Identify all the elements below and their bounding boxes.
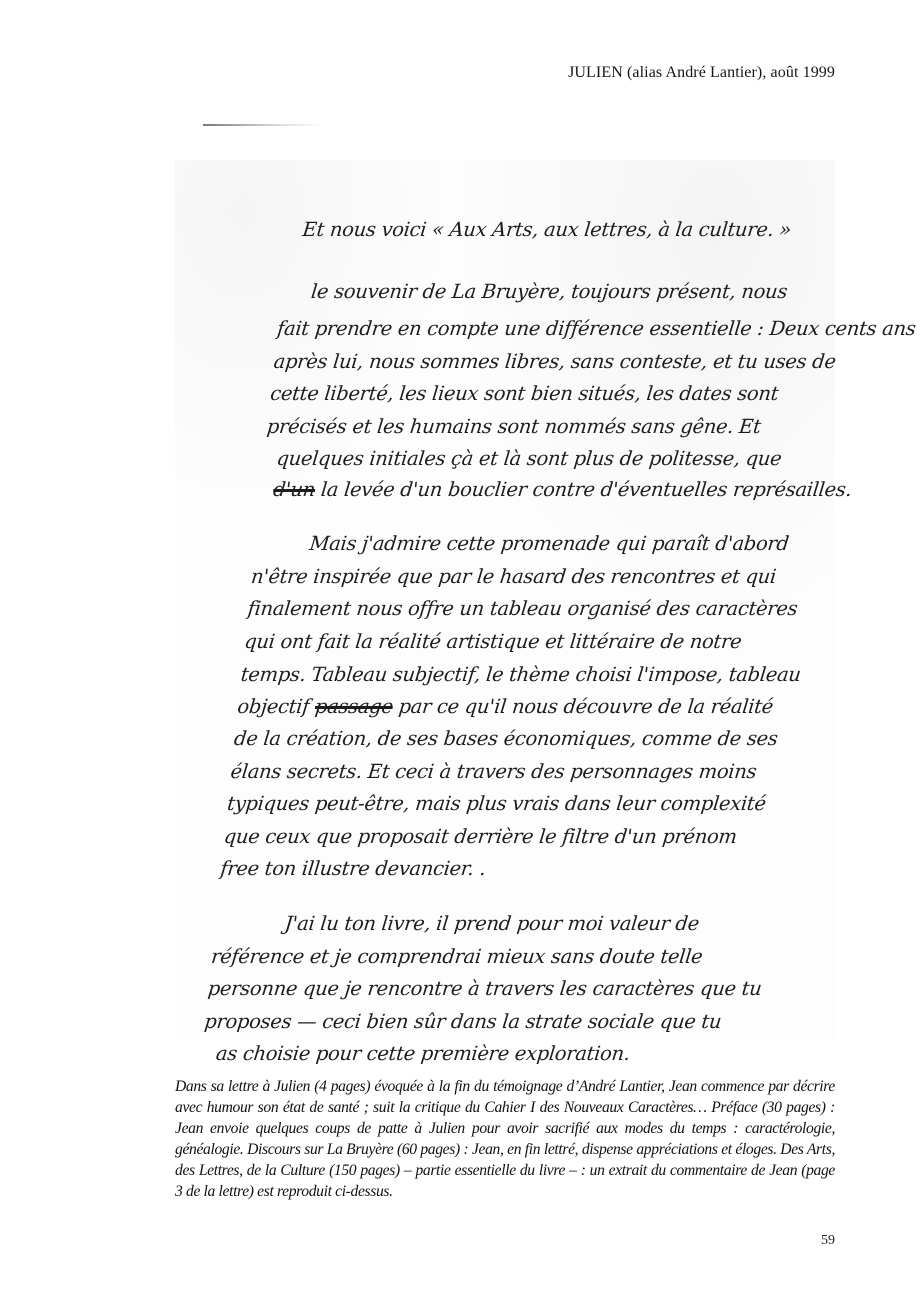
handwritten-line: le souvenir de La Bruyère, toujours prés… [310,280,788,303]
handwritten-line: quelques initiales çà et là sont plus de… [275,447,782,470]
running-header: JULIEN (alias André Lantier), août 1999 [568,64,835,82]
handwritten-line: temps. Tableau subjectif, le thème chois… [240,663,802,686]
handwritten-line: de la création, de ses bases économiques… [233,727,779,750]
handwritten-line: finalement nous offre un tableau organis… [247,597,799,620]
handwritten-line: as choisie pour cette première explorati… [215,1042,631,1065]
handwritten-letter-scan: Et nous voici « Aux Arts, aux lettres, à… [175,160,835,1040]
handwritten-line: n'être inspirée que par le hasard des re… [250,565,777,588]
page-number: 59 [821,1233,835,1249]
handwritten-line: après lui, nous sommes libres, sans cont… [273,350,837,373]
struck-word: d'un [272,478,316,501]
handwritten-line: élans secrets. Et ceci à travers des per… [230,760,758,783]
handwritten-line: que ceux que proposait derrière le filtr… [223,825,738,848]
header-rule [203,124,323,126]
handwritten-line: typiques peut-être, mais plus vrais dans… [226,792,767,815]
handwritten-line: référence et je comprendrai mieux sans d… [210,945,704,968]
handwritten-line: cette liberté, les lieux sont bien situé… [269,382,779,405]
handwritten-line: J'ai lu ton livre, il prend pour moi val… [284,912,701,935]
handwritten-line: d'un la levée d'un bouclier contre d'éve… [272,478,853,501]
handwritten-line: fait prendre en compte une différence es… [276,317,917,340]
figure-caption: Dans sa lettre à Julien (4 pages) évoqué… [175,1076,835,1202]
handwritten-line: Et nous voici « Aux Arts, aux lettres, à… [301,218,792,241]
handwritten-line: personne que je rencontre à travers les … [207,977,763,1000]
handwritten-line: free ton illustre devancier. . [219,857,486,880]
handwritten-line: Mais j'admire cette promenade qui paraît… [308,532,790,555]
handwritten-line: objectif passage par ce qu'il nous décou… [236,695,774,718]
handwritten-line: précisés et les humains sont nommés sans… [266,415,762,438]
handwritten-line: qui ont fait la réalité artistique et li… [243,630,742,653]
handwritten-line: proposes — ceci bien sûr dans la strate … [203,1010,722,1033]
struck-word: passage [314,695,394,718]
